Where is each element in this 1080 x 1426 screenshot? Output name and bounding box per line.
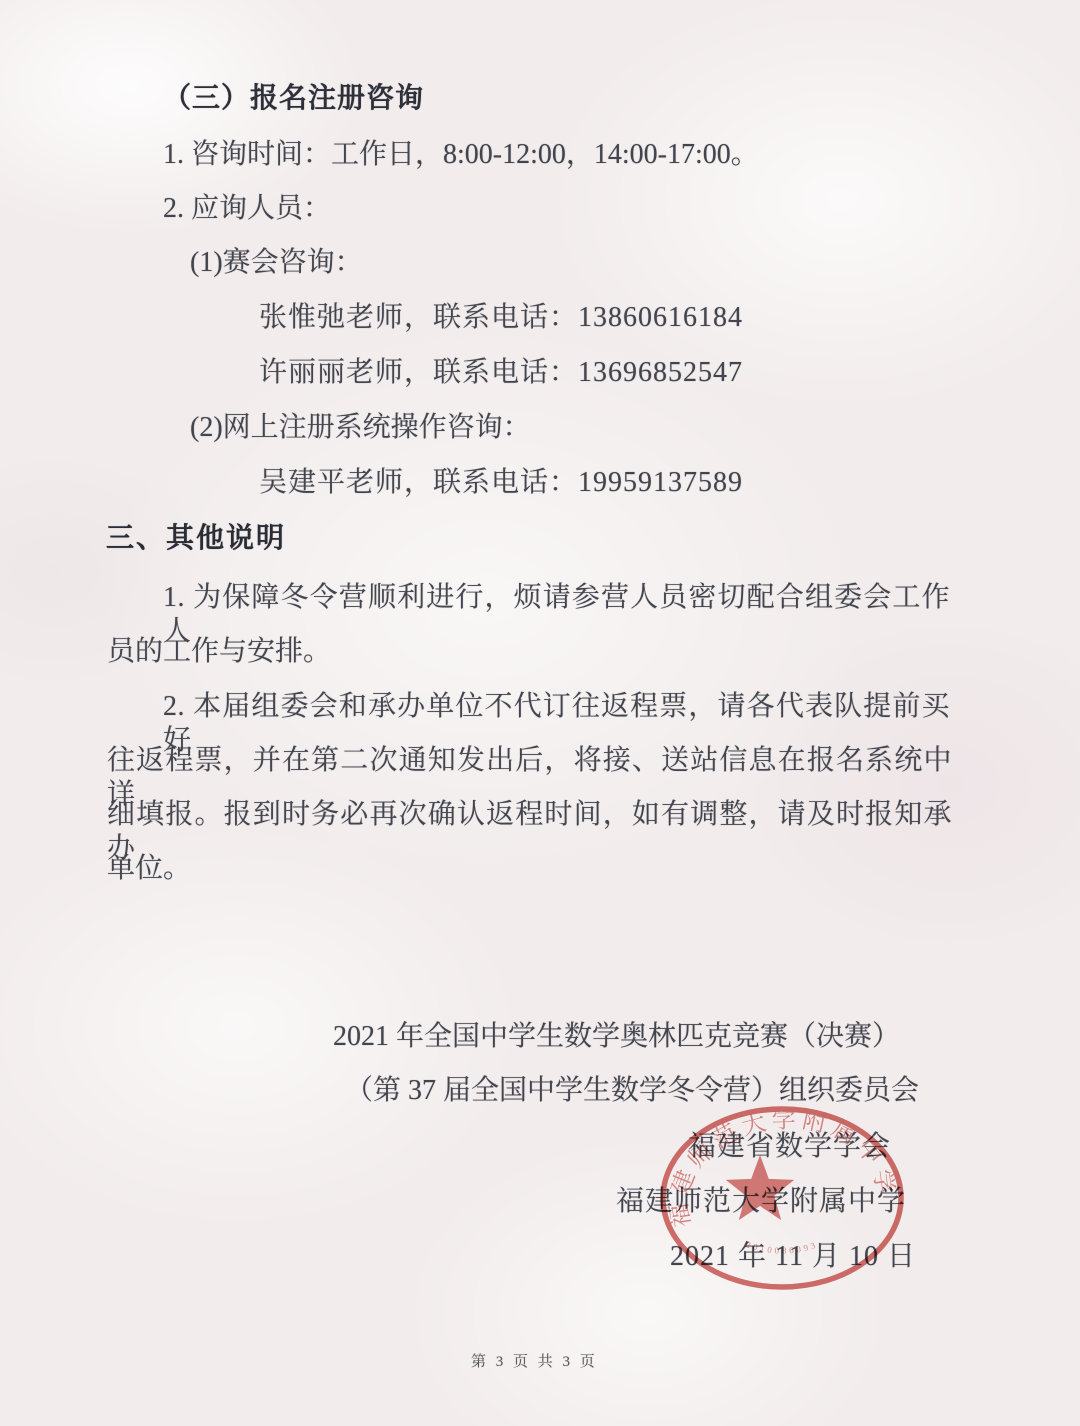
item-consult-staff: 2. 应询人员： — [163, 192, 331, 226]
para1-line2: 员的工作与安排。 — [107, 635, 331, 669]
seal-code-text: 2010086093 — [745, 1239, 820, 1255]
para2-line4: 单位。 — [107, 852, 191, 886]
section-heading-other-notes: 三、其他说明 — [106, 521, 286, 555]
contact-xulili: 许丽丽老师，联系电话：13696852547 — [259, 356, 743, 390]
page-number: 第 3 页 共 3 页 — [471, 1350, 598, 1371]
seal-ring-circle — [663, 1109, 901, 1287]
para2-line3: 细填报。报到时务必再次确认返程时间，如有调整，请及时报知承办 — [107, 798, 952, 866]
section-heading-registration: （三）报名注册咨询 — [163, 82, 424, 116]
subitem-competition-consult: (1)赛会咨询： — [190, 246, 363, 280]
contact-zhangweichi: 张惟弛老师，联系电话：13860616184 — [259, 301, 743, 335]
contact-wujianping: 吴建平老师，联系电话：19959137589 — [259, 466, 743, 500]
document-page: （三）报名注册咨询 1. 咨询时间：工作日，8:00-12:00，14:00-1… — [0, 0, 1080, 1426]
seal-star-icon — [726, 1155, 794, 1220]
subitem-online-system-consult: (2)网上注册系统操作咨询： — [190, 411, 531, 445]
org-committee-line1: 2021 年全国中学生数学奥林匹克竞赛（决赛） — [333, 1020, 900, 1054]
official-seal: 福建师范大学附属中学 2010086093 — [650, 1093, 915, 1303]
item-consult-time: 1. 咨询时间：工作日，8:00-12:00，14:00-17:00。 — [163, 138, 759, 172]
